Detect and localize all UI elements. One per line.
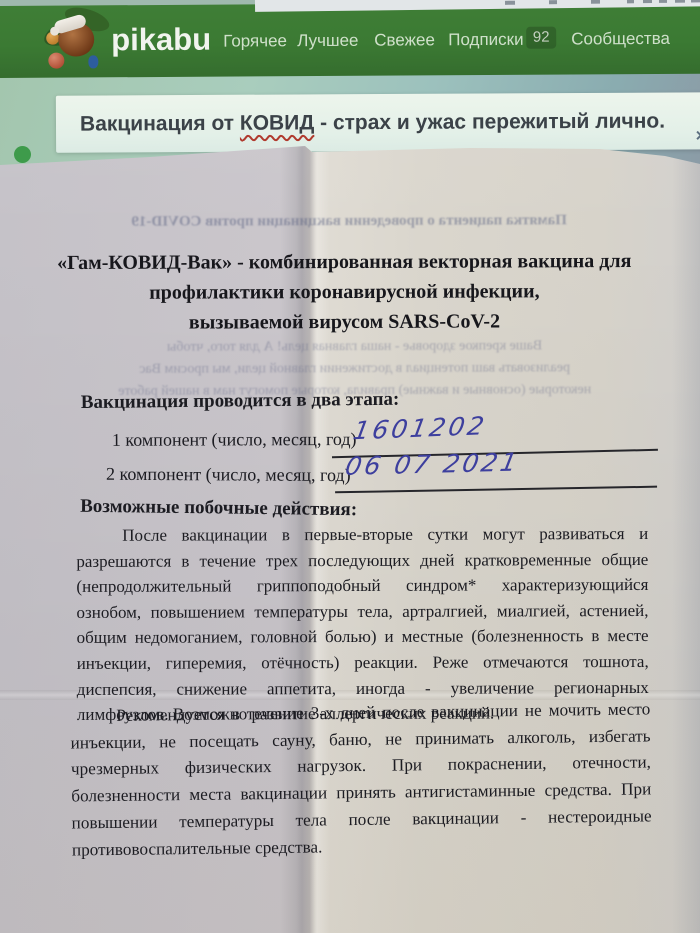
- pikabu-logo-icon[interactable]: [42, 9, 112, 75]
- stages-heading: Вакцинация проводится в два этапа:: [81, 389, 400, 414]
- subscriptions-count-badge: 92: [526, 27, 556, 49]
- pikabu-header: pikabu Горячее Лучшее Свежее Подписки 92…: [0, 2, 700, 78]
- window-edge-mark: [505, 1, 515, 5]
- nav-item-subscriptions[interactable]: Подписки: [448, 30, 523, 50]
- nav-item-communities[interactable]: Сообщества: [571, 29, 670, 50]
- window-edge-mark: [659, 0, 667, 3]
- window-edge-mark: [549, 0, 557, 4]
- pikabu-logo-text[interactable]: pikabu: [111, 22, 211, 59]
- window-edge-mark: [627, 0, 634, 3]
- nav-item-fresh[interactable]: Свежее: [374, 30, 435, 50]
- screenshot-root: { "site": { "logo_text": "pikabu", "nav"…: [0, 0, 700, 933]
- recommendations-paragraph: Рекомендуется в течение 3-х дней после в…: [70, 696, 652, 863]
- ornament-bauble-icon: [88, 55, 98, 68]
- santa-hat-tip-icon: [50, 27, 59, 36]
- ornament-ball-icon: [48, 53, 64, 69]
- document-text-layer: Памятка пациента о проведении вакцинации…: [0, 0, 700, 933]
- window-edge-mark: [691, 0, 700, 3]
- component2-fill-line: [335, 486, 657, 494]
- side-effects-heading: Возможные побочные действия:: [80, 496, 357, 521]
- bleed-through-header: Памятка пациента о проведении вакцинации…: [39, 212, 659, 231]
- component1-label: 1 компонент (число, месяц, год): [112, 429, 357, 451]
- document-title: «Гам-КОВИД-Вак» - комбинированная вектор…: [44, 246, 644, 338]
- window-edge-mark: [643, 0, 652, 3]
- nav-item-best[interactable]: Лучшее: [297, 31, 358, 51]
- nav-item-hot[interactable]: Горячее: [223, 31, 287, 51]
- window-edge-mark: [591, 0, 600, 4]
- window-edge-mark: [675, 0, 685, 3]
- component2-label: 2 компонент (число, месяц, год): [106, 464, 351, 486]
- component1-handwritten-date: 1601202: [351, 411, 489, 445]
- component2-handwritten-date: 06 07 2021: [343, 448, 522, 481]
